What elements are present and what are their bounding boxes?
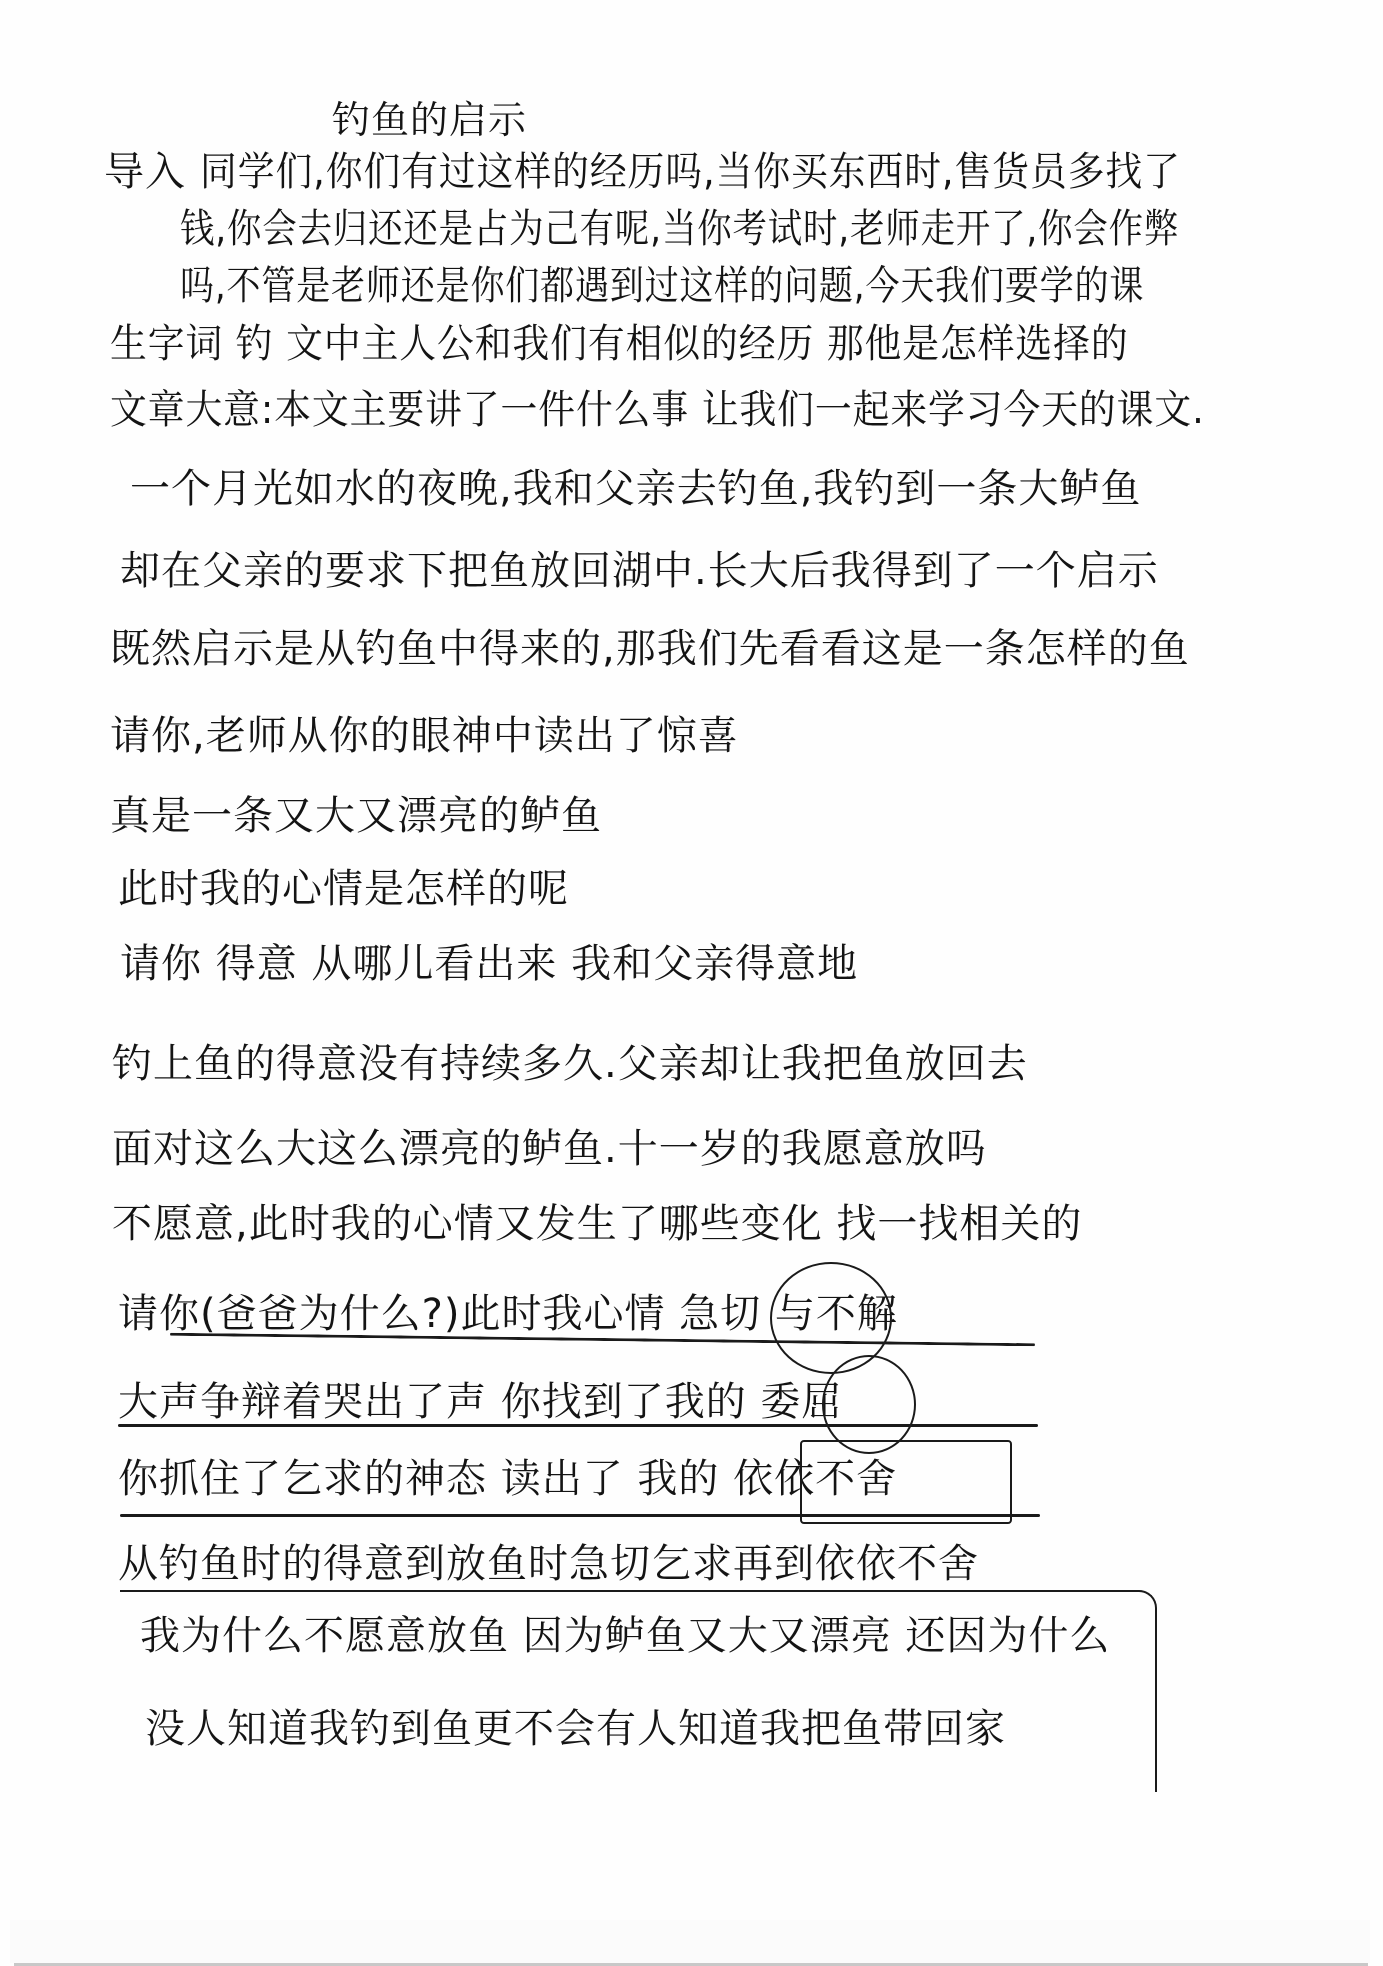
reading-line: 此时我的心情是怎样的呢 — [118, 865, 569, 913]
reading-line: 真是一条又大又漂亮的鲈鱼 — [110, 792, 602, 840]
closing-line: 我为什么不愿意放鱼 因为鲈鱼又大又漂亮 还因为什么 — [140, 1612, 1110, 1660]
annotated-line: 大声争辩着哭出了声 你找到了我的 委屈 — [118, 1378, 842, 1426]
intro-line: 钱,你会去归还还是占为己有呢,当你考试时,老师走开了,你会作弊 — [180, 205, 1179, 253]
closing-line: 没人知道我钓到鱼更不会有人知道我把鱼带回家 — [145, 1705, 1006, 1753]
annotated-line: 从钓鱼时的得意到放鱼时急切乞求再到依依不舍 — [118, 1540, 979, 1588]
intro-label: 导入 — [104, 148, 186, 196]
handwritten-page: 钓鱼的启示 导入 同学们,你们有过这样的经历吗,当你买东西时,售货员多找了 钱,… — [0, 0, 1383, 1966]
annotated-line: 你抓住了乞求的神态 读出了 我的 依依不舍 — [118, 1455, 897, 1503]
change-line: 钓上鱼的得意没有持续多久.父亲却让我把鱼放回去 — [112, 1040, 1028, 1088]
intro-line: 文章大意:本文主要讲了一件什么事 让我们一起来学习今天的课文. — [110, 386, 1205, 434]
change-line: 面对这么大这么漂亮的鲈鱼.十一岁的我愿意放吗 — [112, 1125, 987, 1173]
intro-line: 吗,不管是老师还是你们都遇到过这样的问题,今天我们要学的课 — [180, 262, 1144, 310]
summary-line: 既然启示是从钓鱼中得来的,那我们先看看这是一条怎样的鱼 — [110, 625, 1190, 673]
scan-shadow — [10, 1920, 1370, 1963]
reading-line: 请你 得意 从哪儿看出来 我和父亲得意地 — [120, 940, 858, 988]
document-title: 钓鱼的启示 — [332, 96, 527, 144]
summary-line: 却在父亲的要求下把鱼放回湖中.长大后我得到了一个启示 — [120, 547, 1159, 595]
change-line: 不愿意,此时我的心情又发生了哪些变化 找一找相关的 — [112, 1200, 1082, 1248]
intro-line: 同学们,你们有过这样的经历吗,当你买东西时,售货员多找了 — [200, 148, 1181, 196]
box-mark-yiyibushe — [800, 1440, 1012, 1524]
summary-line: 一个月光如水的夜晚,我和父亲去钓鱼,我钓到一条大鲈鱼 — [130, 465, 1141, 513]
reading-line: 请你,老师从你的眼神中读出了惊喜 — [110, 712, 739, 760]
intro-line: 生字词 钓 文中主人公和我们有相似的经历 那他是怎样选择的 — [110, 320, 1129, 368]
underline — [120, 1514, 1040, 1517]
